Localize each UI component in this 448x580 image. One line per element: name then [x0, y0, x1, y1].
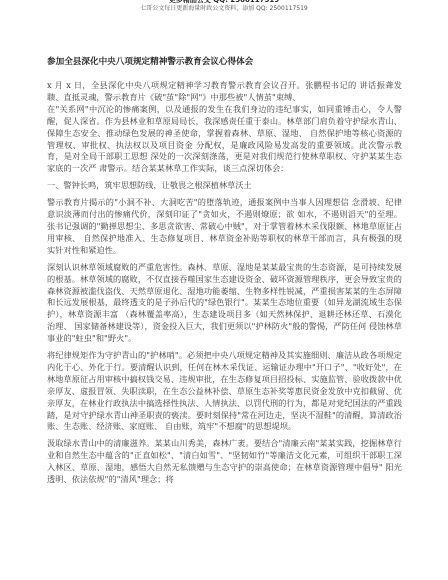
watermark-line-1: 更多精品公文 QQ: 2500117519 — [0, 0, 448, 4]
document-page: 参加全县深化中央八项规定精神警示教育会议心得体会 x 月 x 日，全县深化中央八… — [47, 56, 402, 486]
section1-paragraph-4: 汲取绿水青山中的清廉滋养。某某山川秀美，森林广袤。要结合"清廉云南"某某实践，挖… — [47, 438, 402, 486]
document-title: 参加全县深化中央八项规定精神警示教育会议心得体会 — [47, 56, 402, 68]
intro-paragraph-2: 在"关系网"中沉沦的惨痛案例，以及通报的发生在我们身边的违纪事实，如同重锤击心，… — [47, 104, 402, 175]
section1-paragraph-1: 警示教育片揭示的"小洞不补、大洞吃苦"的堕落轨迹，通报案例中当事人因理想信 念滑… — [47, 197, 402, 257]
intro-paragraph-1: x 月 x 日，全县深化中央八项规定精神学习教育警示教育会议召开。张鹏程书记的 … — [47, 80, 402, 104]
section-heading-1: 一、警钟长鸣，筑牢思想防线，让敬畏之根深植林草沃土 — [47, 180, 402, 192]
section1-paragraph-3: 将纪律规矩作为守护青山的"护林哨"。必须把中央八项规定精神及其实施细则、廉洁从政… — [47, 350, 402, 433]
section1-paragraph-2: 深刻认识林草领域腐败的严重危害性。森林、草原、湿地是某某最宝贵的生态资源，是可持… — [47, 262, 402, 345]
watermark-line-2: 七哥公文每日更新海量时政公文资料，添加 QQ: 2500117519 — [0, 5, 448, 13]
watermark-header: 更多精品公文 QQ: 2500117519 七哥公文每日更新海量时政公文资料，添… — [0, 0, 448, 13]
